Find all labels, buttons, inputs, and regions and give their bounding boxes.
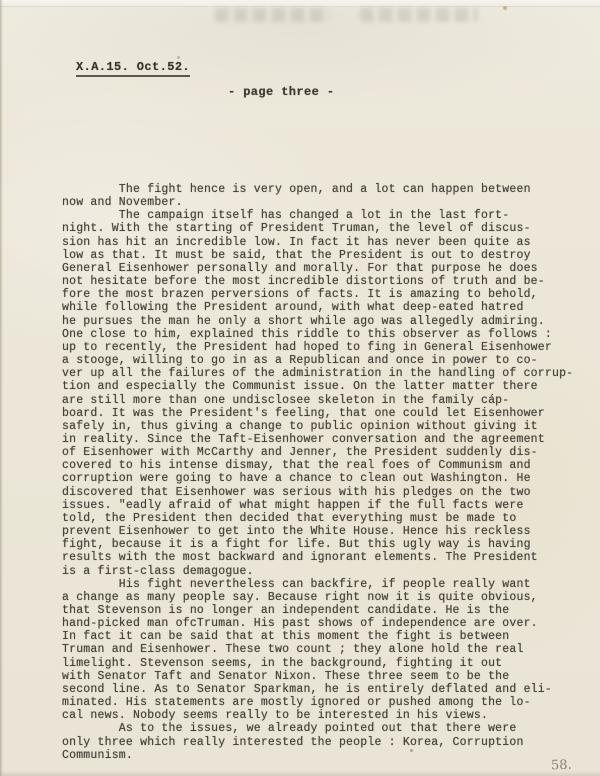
bleed-through-smudge (360, 8, 478, 22)
paper-speck (503, 6, 507, 10)
scan-left-edge (0, 0, 3, 776)
document-reference: X.A.15. Oct.52. (76, 60, 190, 77)
scan-bottom-edge (0, 771, 600, 776)
pencil-page-number: 58. (551, 758, 572, 774)
paper-speck (177, 56, 180, 59)
bleed-through-smudge (215, 8, 330, 22)
scan-top-edge (0, 0, 600, 7)
scanned-document-page: X.A.15. Oct.52. - page three - The fight… (0, 0, 600, 776)
page-heading: - page three - (228, 85, 334, 99)
document-body: The fight hence is very open, and a lot … (62, 183, 592, 762)
